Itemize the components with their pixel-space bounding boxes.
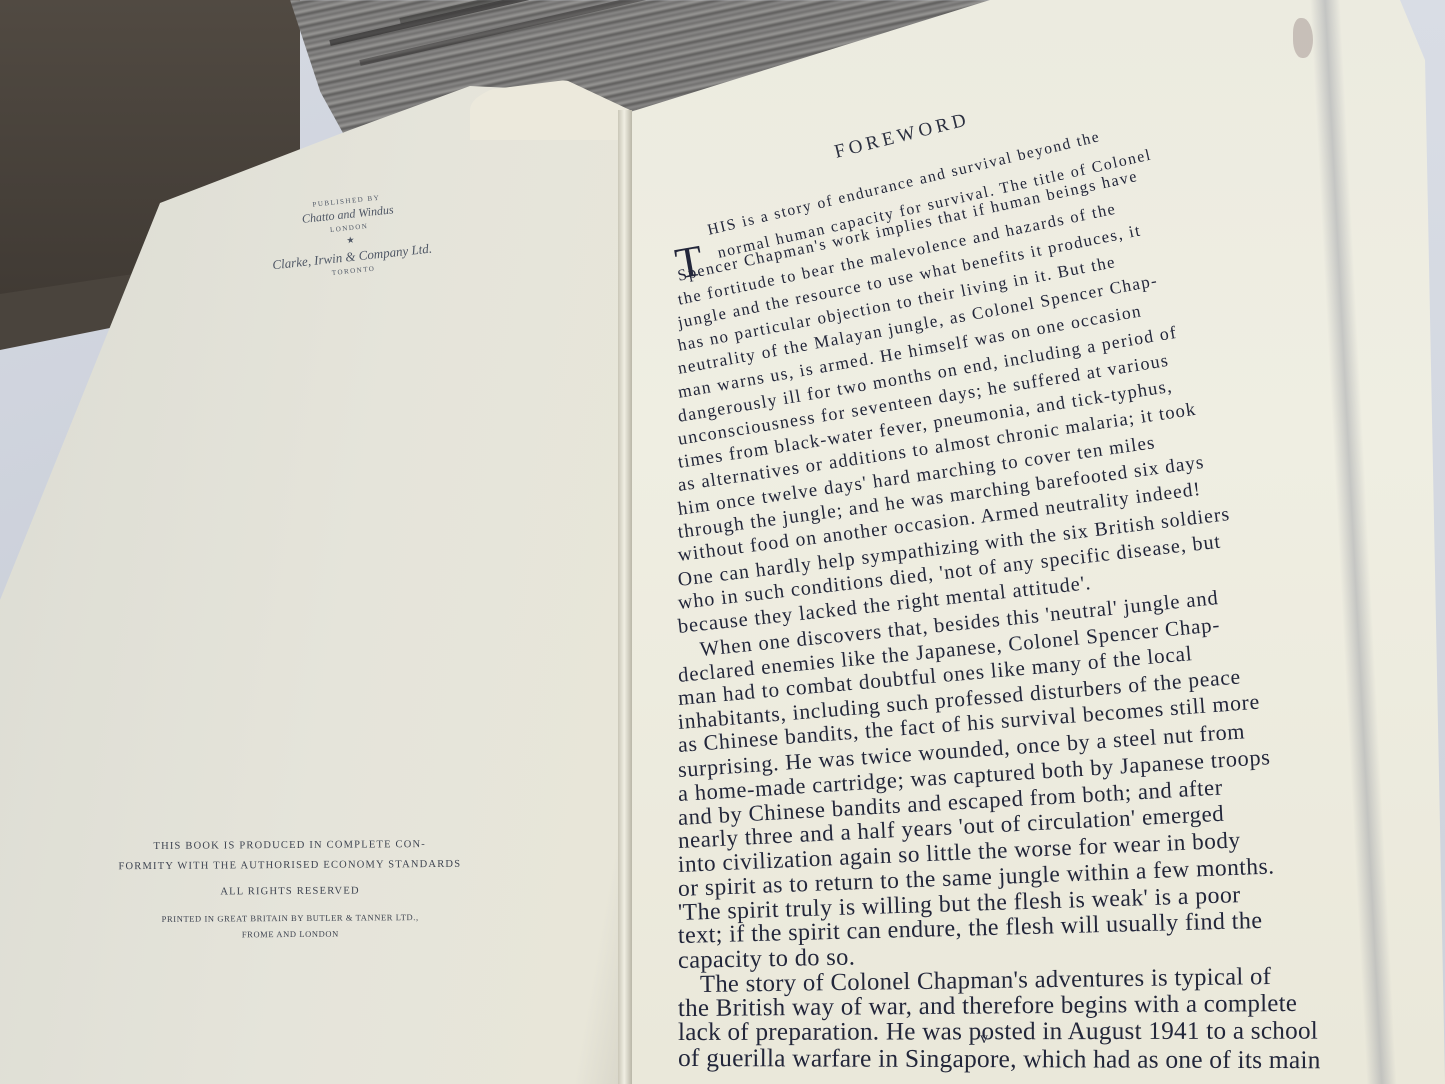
colophon-line: THIS BOOK IS PRODUCED IN COMPLETE CON- [100, 835, 480, 858]
page-number: v [980, 1030, 988, 1048]
torn-corner [1293, 18, 1313, 58]
photo-scene: Published by Chatto and Windus London ★ … [0, 0, 1445, 1084]
printer-location: FROME AND LONDON [100, 925, 480, 944]
colophon: THIS BOOK IS PRODUCED IN COMPLETE CON- F… [100, 835, 481, 944]
book-gutter [618, 110, 632, 1084]
colophon-line: FORMITY WITH THE AUTHORISED ECONOMY STAN… [100, 855, 480, 878]
rights-reserved: ALL RIGHTS RESERVED [100, 881, 480, 904]
body-line: of guerilla warfare in Singapore, which … [678, 1043, 1321, 1075]
